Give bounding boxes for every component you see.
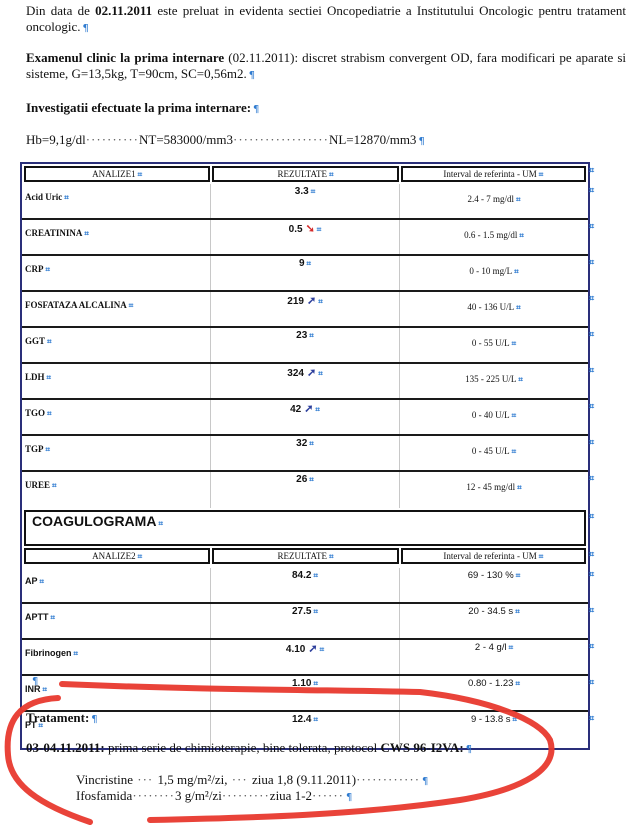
lab-results-table: ANALIZE1⌗ REZULTATE⌗ Interval de referin…: [20, 162, 590, 750]
nl-value: NL=12870/mm3: [329, 132, 417, 147]
arrow-down-icon: ➘: [306, 222, 315, 235]
row-end-mark-icon: ⌗: [589, 186, 594, 196]
pilcrow-icon: ¶: [422, 776, 428, 787]
pilcrow-icon: ¶: [418, 136, 424, 147]
reference-range-cell: 0 - 55 U/L⌗: [400, 328, 588, 362]
treatment-heading-text: Tratament:: [26, 710, 89, 725]
tab-dots: ··················: [233, 132, 329, 147]
pilcrow-icon: ¶: [32, 676, 38, 687]
row-end-mark-icon: ⌗: [589, 258, 594, 268]
reference-range-cell: 2 - 4 g/l⌗: [400, 640, 588, 674]
analysis-name-cell: CREATININA⌗: [22, 220, 211, 254]
row-end-mark-icon: ⌗: [589, 222, 594, 232]
header-cell: REZULTATE⌗: [212, 548, 398, 564]
row-end-mark-icon: ⌗: [589, 714, 594, 724]
analysis-name-cell: TGO⌗: [22, 400, 211, 434]
analysis-name-cell: FOSFATAZA ALCALINA⌗: [22, 292, 211, 326]
exam-label: Examenul clinic la prima internare: [26, 50, 224, 65]
nt-value: NT=583000/mm3: [139, 132, 233, 147]
table2-header-row: ANALIZE2⌗ REZULTATE⌗ Interval de referin…: [22, 548, 588, 568]
table-row: UREE⌗26⌗12 - 45 mg/dl⌗: [22, 472, 588, 508]
table-row: Fibrinogen⌗4.10➚⌗2 - 4 g/l⌗: [22, 640, 588, 676]
drug-name: Ifosfamida: [76, 788, 132, 803]
row-end-mark-icon: ⌗: [589, 474, 594, 484]
analysis-name-cell: APTT⌗: [22, 604, 211, 638]
pilcrow-icon: ¶: [249, 70, 255, 81]
table-row: TGO⌗42➚⌗0 - 40 U/L⌗: [22, 400, 588, 436]
coagulograma-title: COAGULOGRAMA⌗: [24, 510, 586, 546]
result-cell: 9⌗: [211, 256, 400, 290]
table-row: APTT⌗27.5⌗20 - 34.5 s⌗: [22, 604, 588, 640]
row-end-mark-icon: ⌗: [589, 678, 594, 688]
drug-dose: 1,5 mg/m²/zi,: [157, 772, 227, 787]
hb-value: Hb=9,1g/dl: [26, 132, 86, 147]
result-cell: 26⌗: [211, 472, 400, 508]
investigations-heading: Investigatii efectuate la prima internar…: [26, 100, 626, 118]
investigations-heading-text: Investigatii efectuate la prima internar…: [26, 100, 251, 115]
analysis-name-cell: GGT⌗: [22, 328, 211, 362]
treatment-protocol: CWS 96-I2VA:: [381, 740, 464, 755]
reference-range-cell: 2.4 - 7 mg/dl⌗: [400, 184, 588, 218]
result-cell: 219➚⌗: [211, 292, 400, 326]
header-cell: Interval de referinta - UM⌗: [401, 166, 586, 182]
analysis-name-cell: AP⌗: [22, 568, 211, 602]
analysis-name-cell: Fibrinogen⌗: [22, 640, 211, 674]
result-cell: 23⌗: [211, 328, 400, 362]
row-end-mark-icon: ⌗: [589, 642, 594, 652]
pilcrow-icon: ¶: [466, 744, 472, 755]
header-cell: Interval de referinta - UM⌗: [401, 548, 586, 564]
result-cell: 1.10⌗: [211, 676, 400, 710]
row-end-mark-icon: ⌗: [589, 512, 594, 522]
table-row: AP⌗84.2⌗69 - 130 %⌗: [22, 568, 588, 604]
row-end-mark-icon: ⌗: [589, 606, 594, 616]
result-cell: 0.5➘⌗: [211, 220, 400, 254]
document-page: Din data de 02.11.2011 este preluat in e…: [0, 0, 638, 825]
reference-range-cell: 0 - 10 mg/L⌗: [400, 256, 588, 290]
result-cell: 324➚⌗: [211, 364, 400, 398]
reference-range-cell: 0.80 - 1.23⌗: [400, 676, 588, 710]
pilcrow-icon: ¶: [253, 104, 259, 115]
row-end-mark-icon: ⌗: [589, 550, 594, 560]
reference-range-cell: 135 - 225 U/L⌗: [400, 364, 588, 398]
analysis-name-cell: UREE⌗: [22, 472, 211, 508]
table-row: Acid Uric⌗3.3⌗2.4 - 7 mg/dl⌗: [22, 184, 588, 220]
row-end-mark-icon: ⌗: [589, 166, 594, 176]
intro-paragraph: Din data de 02.11.2011 este preluat in e…: [26, 3, 626, 37]
table-row: LDH⌗324➚⌗135 - 225 U/L⌗: [22, 364, 588, 400]
pilcrow-icon: ¶: [83, 23, 89, 34]
row-end-mark-icon: ⌗: [589, 570, 594, 580]
reference-range-cell: 0 - 45 U/L⌗: [400, 436, 588, 470]
table-row: CREATININA⌗0.5➘⌗0.6 - 1.5 mg/dl⌗: [22, 220, 588, 256]
result-cell: 32⌗: [211, 436, 400, 470]
analysis-name-cell: CRP⌗: [22, 256, 211, 290]
exam-paragraph: Examenul clinic la prima internare (02.1…: [26, 50, 626, 84]
reference-range-cell: 69 - 130 %⌗: [400, 568, 588, 602]
result-cell: 27.5⌗: [211, 604, 400, 638]
intro-text: Din data de: [26, 3, 95, 18]
arrow-up-icon: ➚: [307, 294, 316, 307]
blood-count-line: Hb=9,1g/dl··········NT=583000/mm3·······…: [26, 132, 626, 150]
tab-dots: ··········: [86, 132, 139, 147]
row-end-mark-icon: ⌗: [589, 294, 594, 304]
header-cell: ANALIZE1⌗: [24, 166, 210, 182]
arrow-up-icon: ➚: [308, 642, 317, 655]
treatment-line: 03-04.11.2011: prima serie de chimiotera…: [26, 740, 626, 758]
drug-name: Vincristine: [76, 772, 133, 787]
reference-range-cell: 20 - 34.5 s⌗: [400, 604, 588, 638]
analysis-name-cell: LDH⌗: [22, 364, 211, 398]
table-row: TGP⌗32⌗0 - 45 U/L⌗: [22, 436, 588, 472]
pilcrow-icon: ¶: [346, 792, 352, 803]
table-row: CRP⌗9⌗0 - 10 mg/L⌗: [22, 256, 588, 292]
result-cell: 84.2⌗: [211, 568, 400, 602]
drug-days: ziua 1-2: [270, 788, 312, 803]
pilcrow-icon: ¶: [91, 714, 97, 725]
table1-header-row: ANALIZE1⌗ REZULTATE⌗ Interval de referin…: [22, 164, 588, 184]
intro-date: 02.11.2011: [95, 3, 152, 18]
analysis-name-cell: INR⌗: [22, 676, 211, 710]
row-end-mark-icon: ⌗: [589, 330, 594, 340]
analysis-name-cell: Acid Uric⌗: [22, 184, 211, 218]
reference-range-cell: 40 - 136 U/L⌗: [400, 292, 588, 326]
table-row: GGT⌗23⌗0 - 55 U/L⌗: [22, 328, 588, 364]
table-row: INR⌗1.10⌗0.80 - 1.23⌗: [22, 676, 588, 712]
drug-days: ziua 1,8 (9.11.2011): [252, 772, 356, 787]
analysis-name-cell: TGP⌗: [22, 436, 211, 470]
reference-range-cell: 12 - 45 mg/dl⌗: [400, 472, 588, 508]
row-end-mark-icon: ⌗: [589, 402, 594, 412]
treatment-heading: Tratament:¶: [26, 710, 626, 728]
treatment-text: prima serie de chimioterapie, bine toler…: [105, 740, 381, 755]
row-end-mark-icon: ⌗: [589, 438, 594, 448]
row-end-mark-icon: ⌗: [589, 366, 594, 376]
header-cell: REZULTATE⌗: [212, 166, 398, 182]
drug-dose: 3 g/m²/zi: [175, 788, 222, 803]
reference-range-cell: 0 - 40 U/L⌗: [400, 400, 588, 434]
treatment-date: 03-04.11.2011:: [26, 740, 105, 755]
header-cell: ANALIZE2⌗: [24, 548, 210, 564]
drug-line-2: Ifosfamida········3 g/m²/zi·········ziua…: [76, 788, 476, 806]
reference-range-cell: 0.6 - 1.5 mg/dl⌗: [400, 220, 588, 254]
arrow-up-icon: ➚: [304, 402, 313, 415]
result-cell: 4.10➚⌗: [211, 640, 400, 674]
result-cell: 42➚⌗: [211, 400, 400, 434]
result-cell: 3.3⌗: [211, 184, 400, 218]
arrow-up-icon: ➚: [307, 366, 316, 379]
table-row: FOSFATAZA ALCALINA⌗219➚⌗40 - 136 U/L⌗: [22, 292, 588, 328]
